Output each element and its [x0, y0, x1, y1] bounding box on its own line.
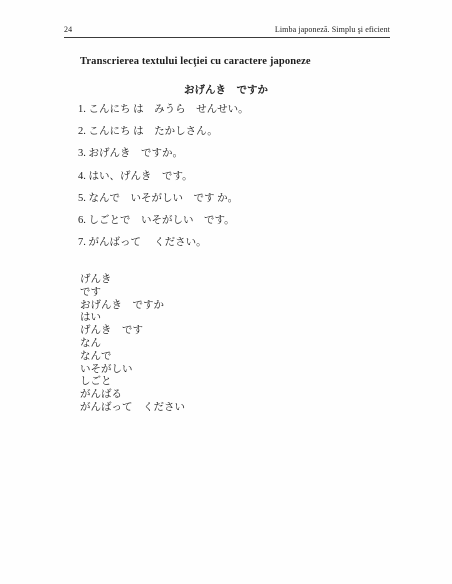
vocabulary-item: がんばって ください	[80, 402, 185, 415]
section-title: Transcrierea textului lecţiei cu caracte…	[80, 56, 311, 67]
vocabulary-item: げんき	[80, 274, 185, 287]
vocabulary-item: なん	[80, 338, 185, 351]
header-rule	[64, 37, 390, 38]
lesson-heading: おげんき ですか	[0, 82, 452, 97]
sentence-item: 6. しごとで いそがしい です。	[78, 210, 249, 232]
sentence-item: 3. おげんき ですか。	[78, 143, 249, 165]
header-book-title: Limba japoneză. Simplu şi eficient	[275, 25, 390, 34]
vocabulary-item: いそがしい	[80, 364, 185, 377]
vocabulary-item: おげんき ですか	[80, 300, 185, 313]
book-page: 24 Limba japoneză. Simplu şi eficient Tr…	[0, 0, 452, 584]
vocabulary-item: はい	[80, 312, 185, 325]
page-header: 24 Limba japoneză. Simplu şi eficient	[64, 25, 390, 34]
sentence-item: 4. はい、げんき です。	[78, 166, 249, 188]
vocabulary-item: しごと	[80, 376, 185, 389]
vocabulary-list: げんきですおげんき ですかはいげんき ですなんなんでいそがしいしごとがんばるがん…	[80, 274, 185, 415]
vocabulary-item: がんばる	[80, 389, 185, 402]
sentence-item: 7. がんばって ください。	[78, 232, 249, 254]
vocabulary-item: なんで	[80, 351, 185, 364]
sentence-item: 2. こんにち は たかしさん。	[78, 121, 249, 143]
sentence-item: 1. こんにち は みうら せんせい。	[78, 99, 249, 121]
page-number: 24	[64, 25, 72, 34]
vocabulary-item: です	[80, 287, 185, 300]
vocabulary-item: げんき です	[80, 325, 185, 338]
sentence-item: 5. なんで いそがしい です か。	[78, 188, 249, 210]
sentence-list: 1. こんにち は みうら せんせい。2. こんにち は たかしさん。3. おげ…	[78, 99, 249, 254]
